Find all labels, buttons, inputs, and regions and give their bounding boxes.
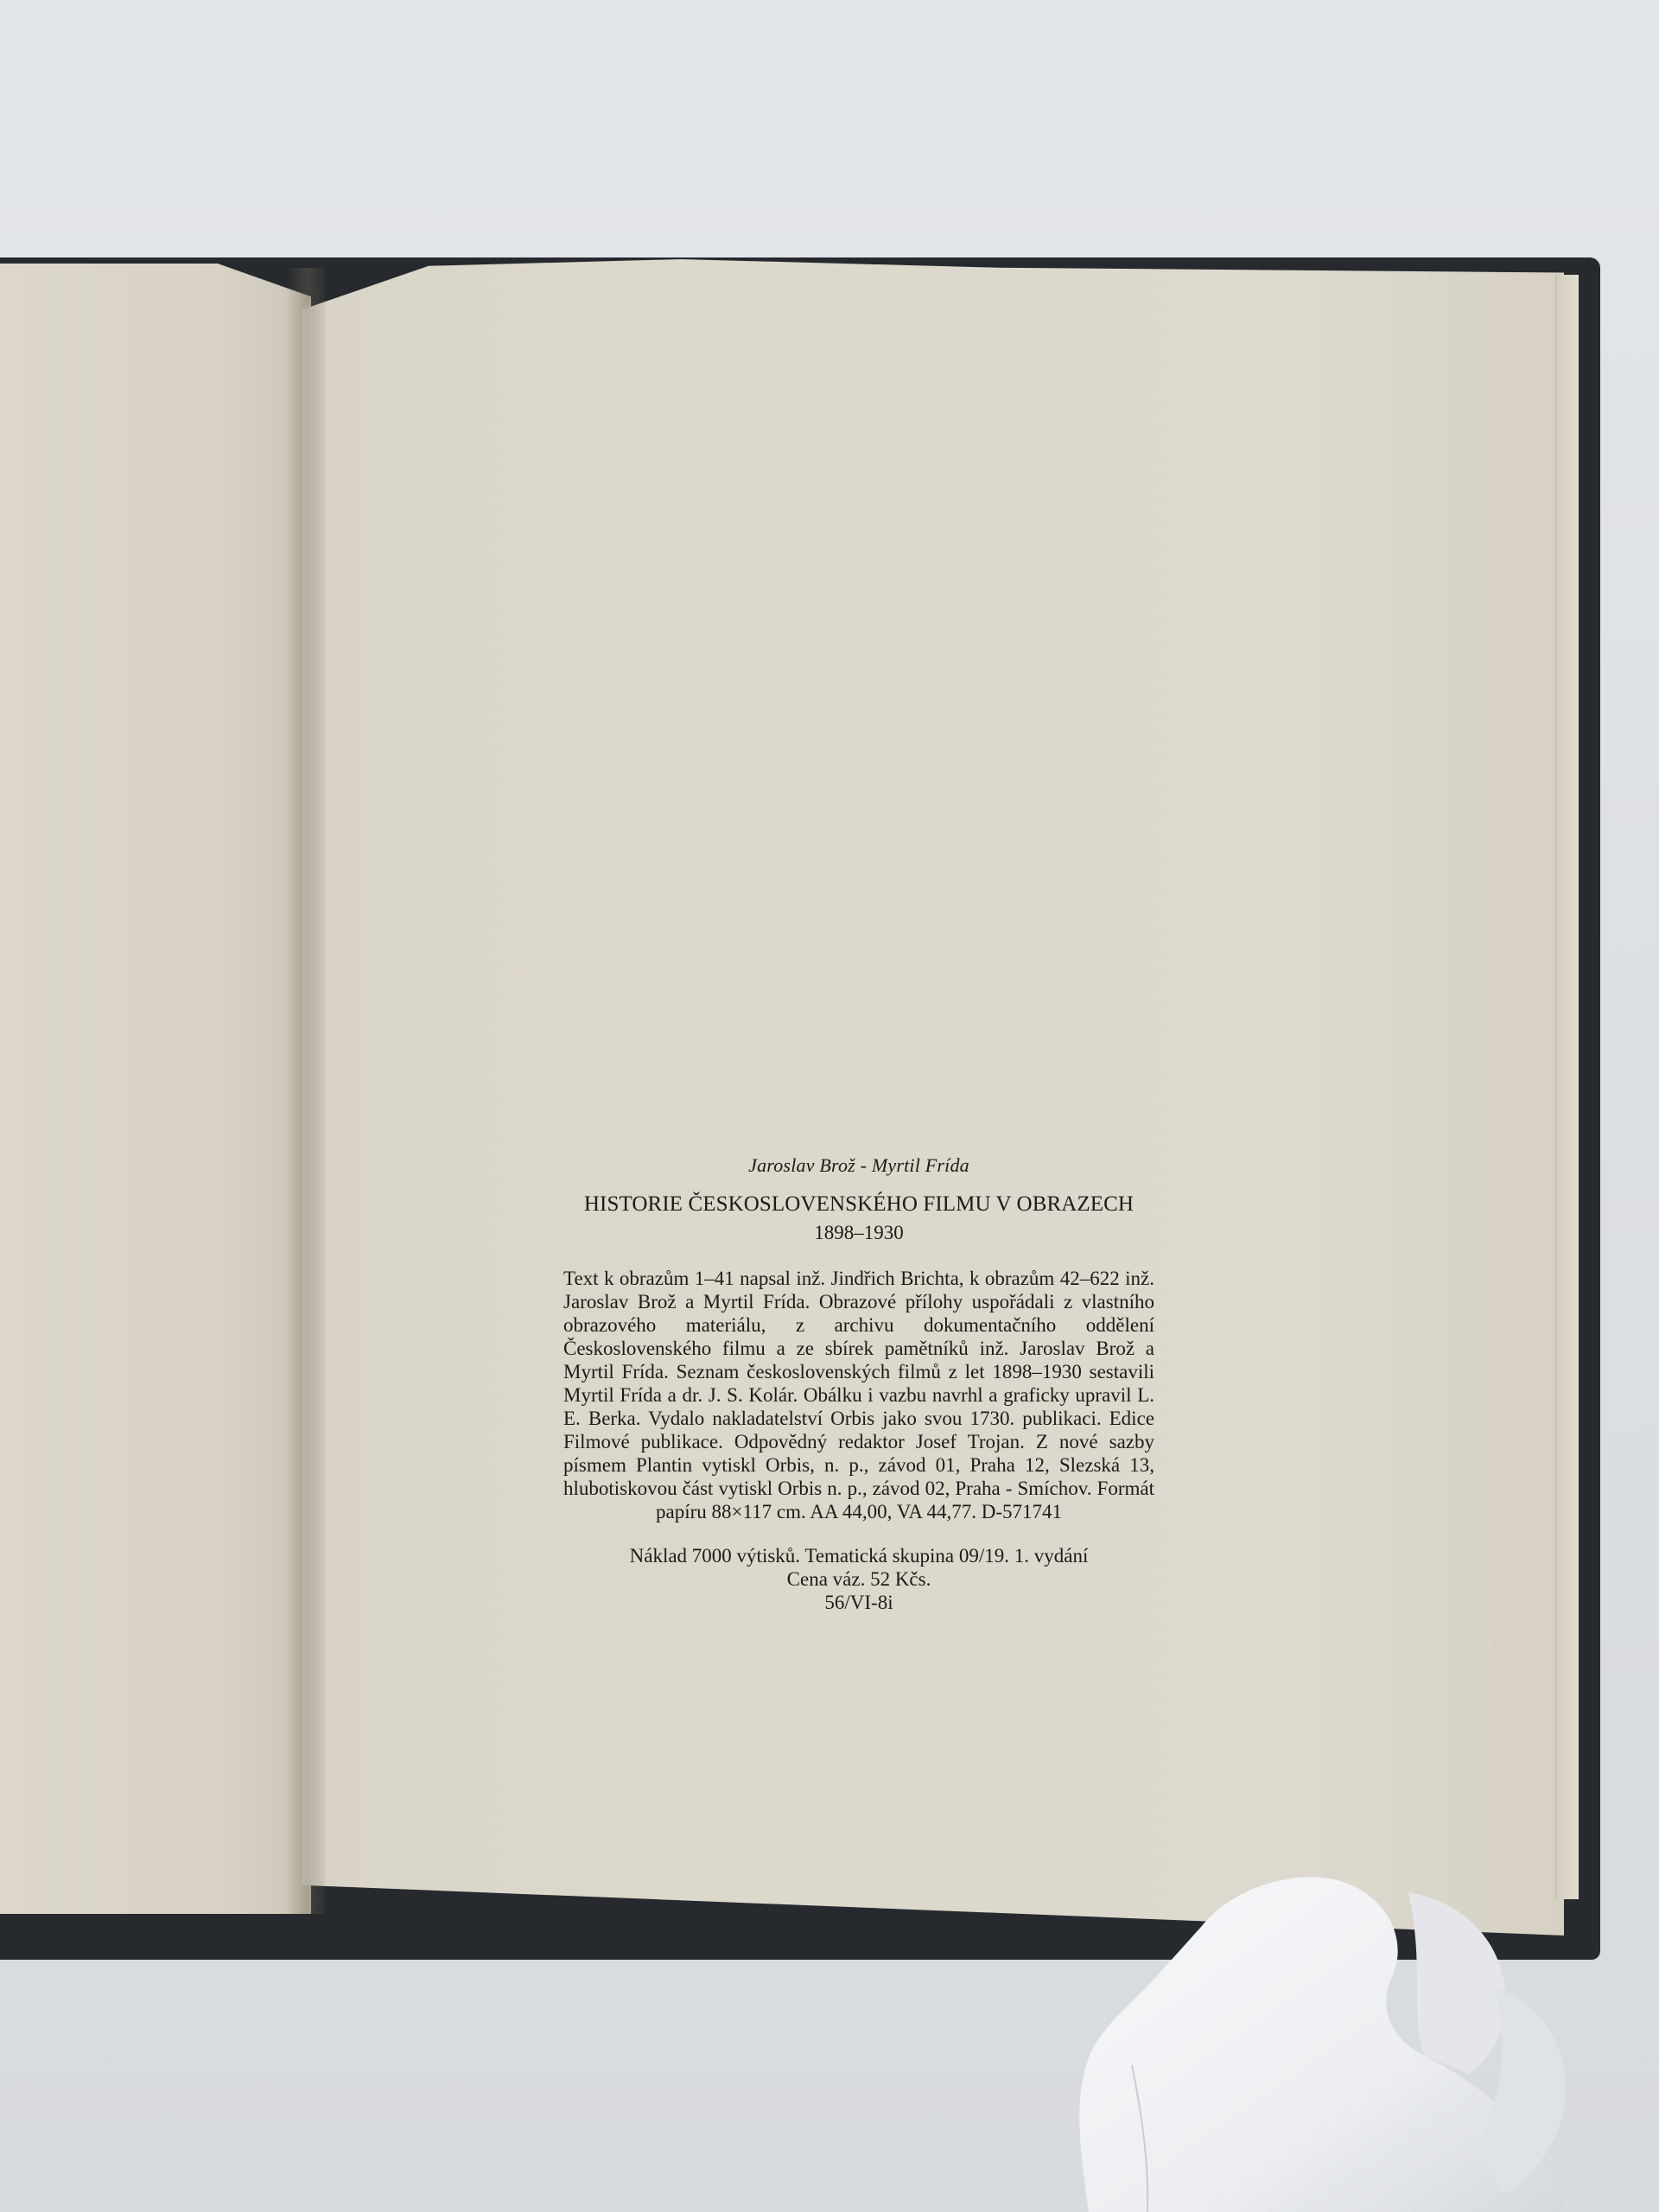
book-gutter	[285, 268, 325, 1914]
book-title: HISTORIE ČESKOSLOVENSKÉHO FILMU V OBRAZE…	[563, 1192, 1154, 1217]
print-run: Náklad 7000 výtisků. Tematická skupina 0…	[563, 1544, 1154, 1567]
right-page	[302, 259, 1564, 1935]
white-glove	[942, 1866, 1659, 2212]
colophon: Jaroslav Brož - Myrtil Frída HISTORIE ČE…	[563, 1154, 1154, 1614]
imprint: Náklad 7000 výtisků. Tematická skupina 0…	[563, 1544, 1154, 1614]
photo-scene: Jaroslav Brož - Myrtil Frída HISTORIE ČE…	[0, 0, 1659, 2212]
colophon-body: Text k obrazům 1–41 napsal inž. Jindřich…	[563, 1267, 1154, 1523]
price: Cena váz. 52 Kčs.	[563, 1567, 1154, 1591]
page-edges	[1555, 275, 1579, 1899]
authors: Jaroslav Brož - Myrtil Frída	[563, 1154, 1154, 1177]
book-years: 1898–1930	[563, 1222, 1154, 1244]
catalog-code: 56/VI-8i	[563, 1591, 1154, 1614]
left-page	[0, 264, 311, 1914]
